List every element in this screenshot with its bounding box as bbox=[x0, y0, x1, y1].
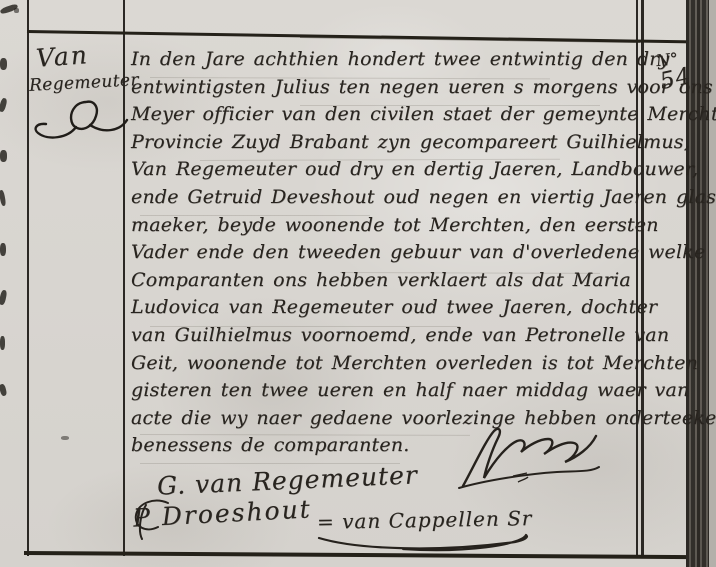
clerk-signature-flourish bbox=[315, 532, 535, 556]
scanned-register-page: Van Regemeuter N° 54 In den Jare achthie… bbox=[0, 0, 716, 567]
paper-speck bbox=[61, 436, 69, 440]
edge-bleed-mark bbox=[0, 336, 5, 350]
act-text-line: Vader ende den tweeden gebuur van d'over… bbox=[131, 239, 643, 267]
edge-bleed-mark bbox=[0, 58, 7, 70]
act-text-line: Van Regemeuter oud dry en dertig Jaeren,… bbox=[131, 156, 643, 184]
edge-bleed-mark bbox=[0, 190, 6, 207]
act-text-line: Comparanten ons hebben verklaert als dat… bbox=[131, 267, 643, 295]
act-text-line: maeker, beyde woonende tot Merchten, den… bbox=[131, 212, 643, 240]
act-body-text: In den Jare achthien hondert twee entwin… bbox=[131, 46, 643, 460]
official-signature-paraph bbox=[455, 424, 605, 494]
act-text-line: Meyer officier van den civilen staet der… bbox=[131, 101, 643, 129]
edge-bleed-mark bbox=[0, 383, 7, 396]
witness-initial-flourish bbox=[128, 495, 174, 547]
margin-paraph-flourish bbox=[30, 96, 130, 142]
act-text-line: gisteren ten twee ueren en half naer mid… bbox=[131, 377, 643, 405]
edge-bleed-mark bbox=[0, 243, 6, 256]
act-text-line: Geit, woonende tot Merchten overleden is… bbox=[131, 350, 643, 378]
edge-bleed-mark bbox=[0, 290, 7, 306]
act-text-line: In den Jare achthien hondert twee entwin… bbox=[131, 46, 643, 74]
signature-clerk: = van Cappellen Sr bbox=[317, 506, 533, 534]
act-text-line: Ludovica van Regemeuter oud twee Jaeren,… bbox=[131, 294, 643, 322]
act-text-line: entwintigsten Julius ten negen ueren s m… bbox=[131, 74, 643, 102]
act-text-line: van Guilhielmus voornoemd, ende van Petr… bbox=[131, 322, 643, 350]
act-text-line: ende Getruid Deveshout oud negen en vier… bbox=[131, 184, 643, 212]
act-text-line: Provincie Zuyd Brabant zyn gecompareert … bbox=[131, 129, 643, 157]
paper-speck bbox=[14, 8, 19, 13]
edge-bleed-mark bbox=[0, 97, 8, 112]
margin-surname-line1: Van bbox=[35, 40, 90, 73]
edge-bleed-mark bbox=[0, 150, 7, 162]
